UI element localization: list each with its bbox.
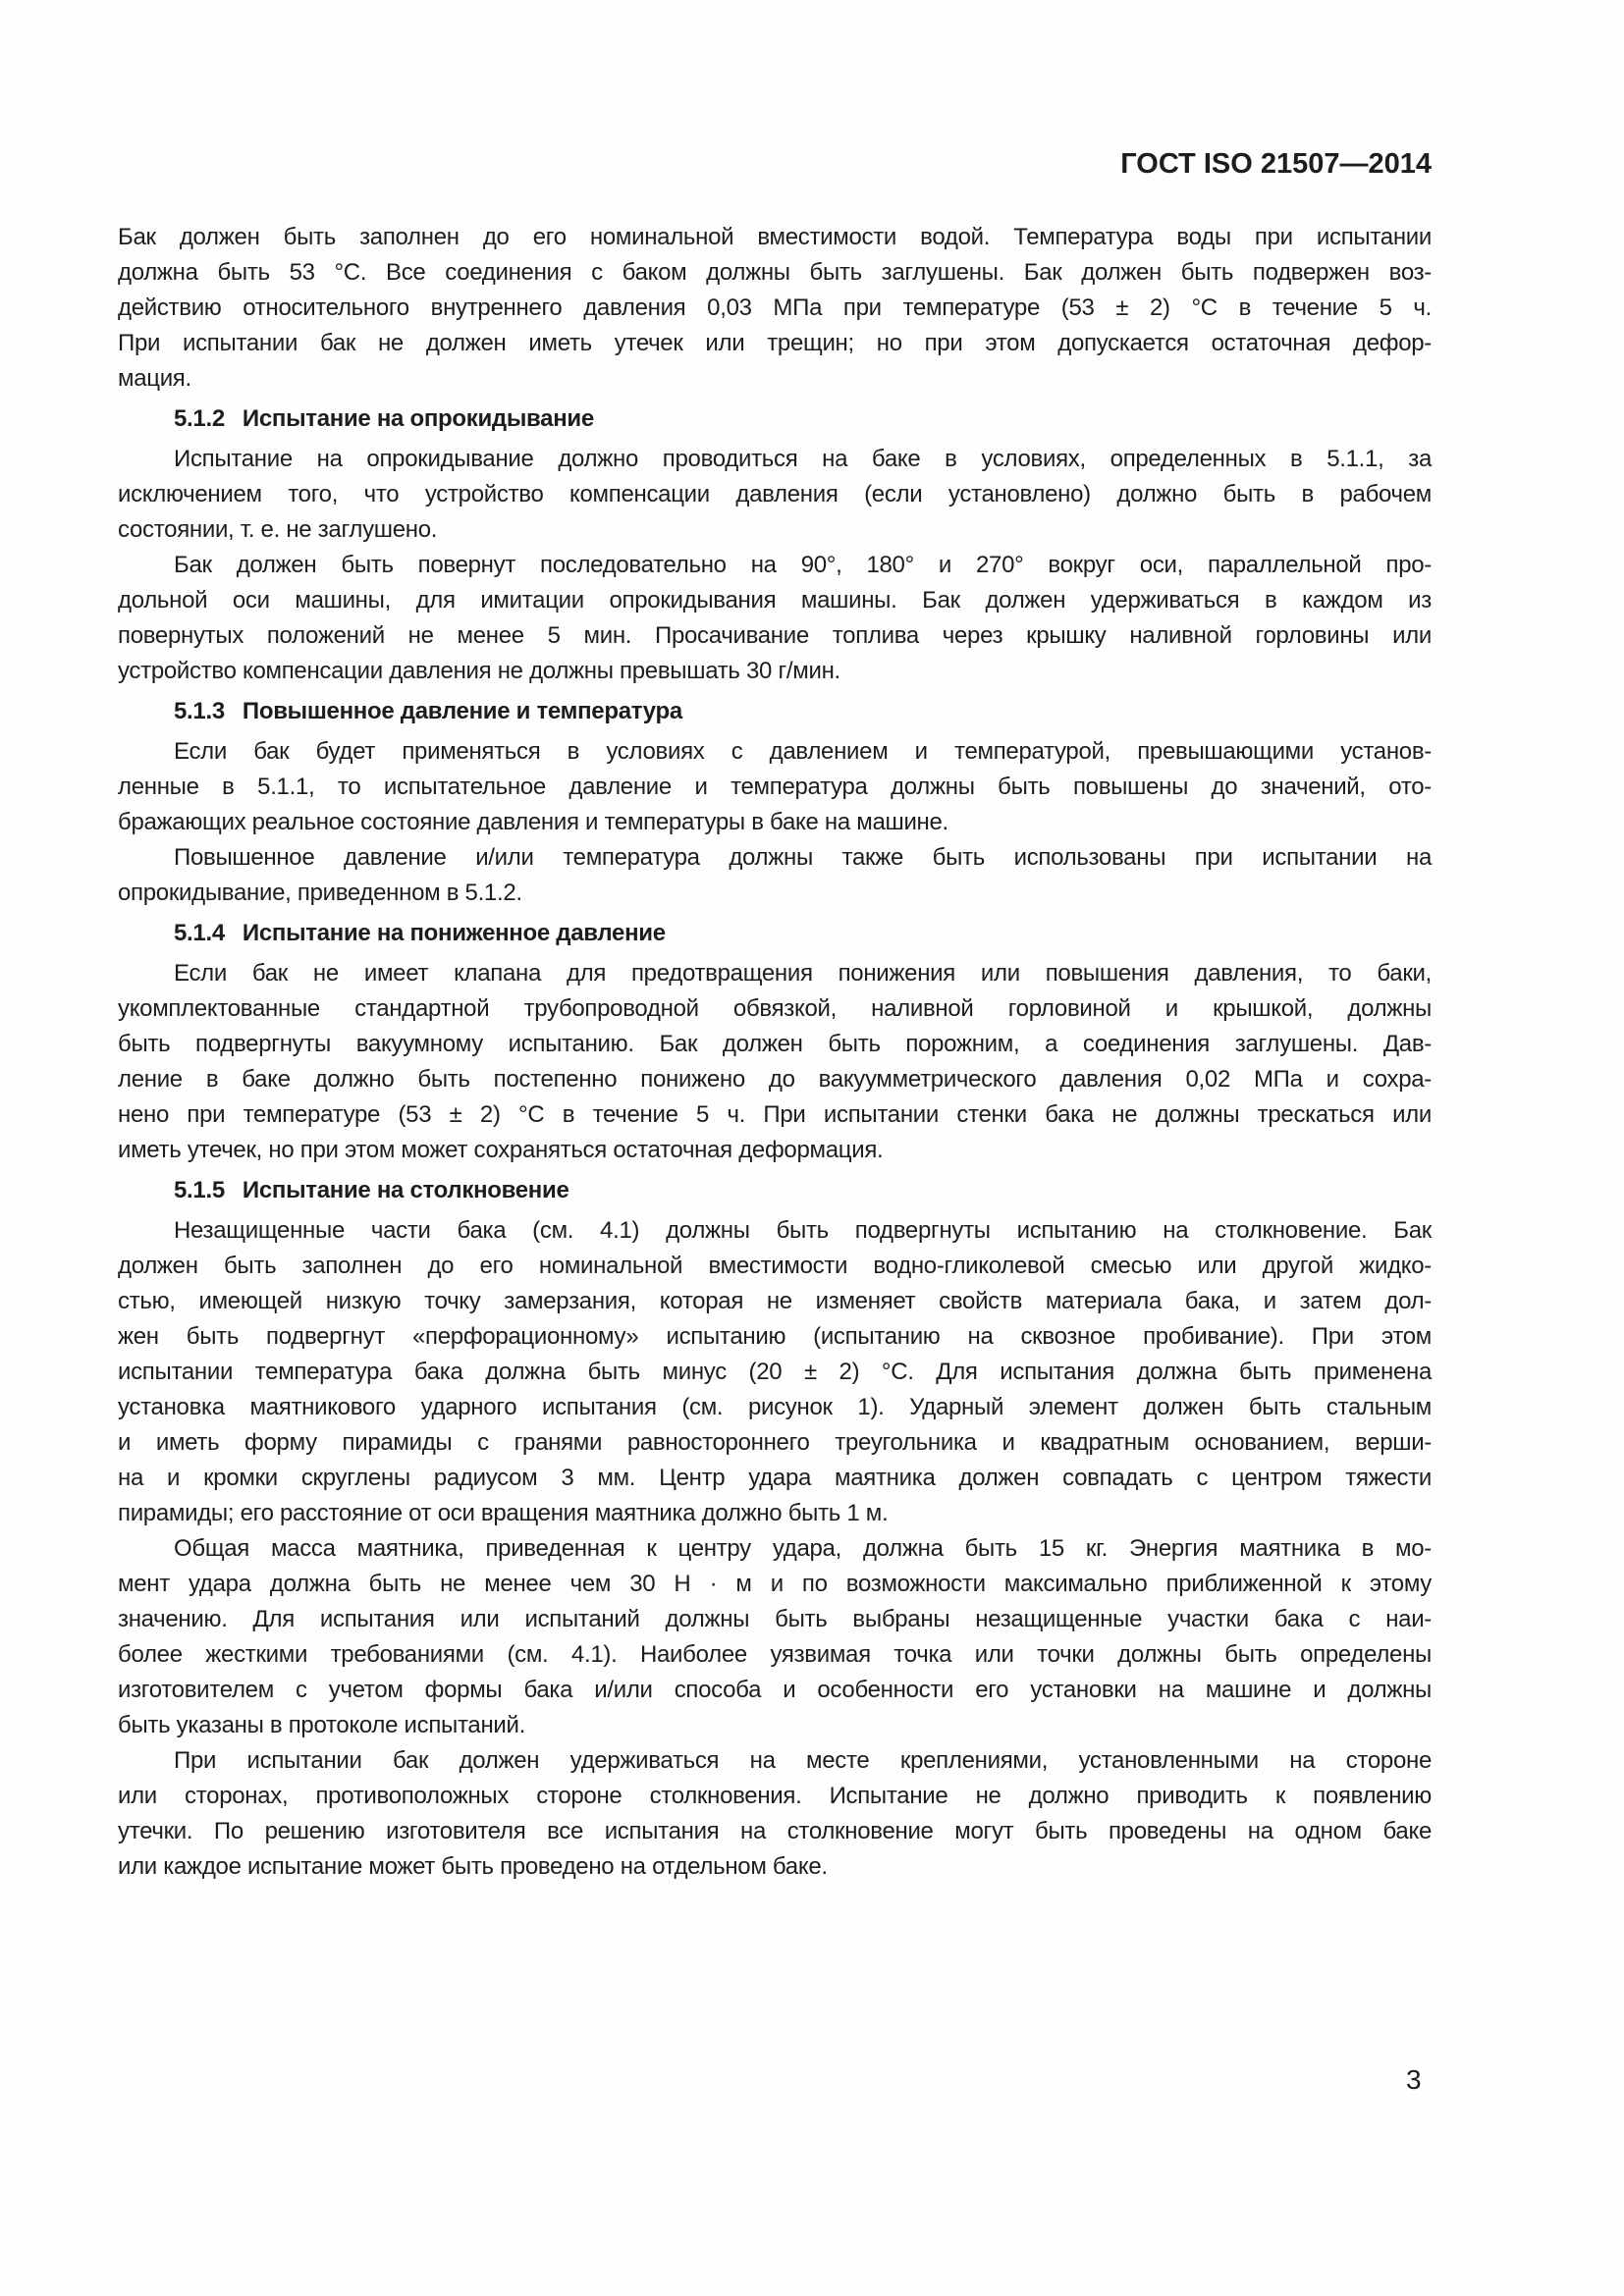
text-line: на и кромки скруглены радиусом 3 мм. Цен… [118, 1461, 1432, 1496]
text-line: мент удара должна быть не менее чем 30 Н… [118, 1567, 1432, 1602]
section-number: 5.1.3 [174, 698, 225, 724]
section-title: Повышенное давление и температура [243, 698, 682, 724]
section-number: 5.1.5 [174, 1177, 225, 1203]
section-heading: 5.1.3Повышенное давление и температура [118, 694, 1432, 729]
text-line: иметь утечек, но при этом может сохранят… [118, 1133, 1432, 1168]
section-number: 5.1.2 [174, 405, 225, 432]
text-line: стью, имеющей низкую точку замерзания, к… [118, 1284, 1432, 1319]
text-line: изготовителем с учетом формы бака и/или … [118, 1673, 1432, 1708]
section-heading: 5.1.4Испытание на пониженное давление [118, 916, 1432, 951]
running-header: ГОСТ ISO 21507—2014 [118, 147, 1432, 181]
text-line: укомплектованные стандартной трубопровод… [118, 991, 1432, 1027]
text-line: Бак должен быть повернут последовательно… [118, 548, 1432, 583]
text-line: ление в баке должно быть постепенно пони… [118, 1062, 1432, 1097]
text-line: опрокидывание, приведенном в 5.1.2. [118, 876, 1432, 911]
text-line: устройство компенсации давления не должн… [118, 654, 1432, 689]
text-line: должен быть заполнен до его номинальной … [118, 1249, 1432, 1284]
text-line: При испытании бак должен удерживаться на… [118, 1743, 1432, 1779]
section-heading: 5.1.2Испытание на опрокидывание [118, 401, 1432, 437]
page-number: 3 [1406, 2063, 1422, 2097]
section-title: Испытание на пониженное давление [243, 920, 666, 946]
text-line: утечки. По решению изготовителя все испы… [118, 1814, 1432, 1849]
text-line: быть подвергнуты вакуумному испытанию. Б… [118, 1027, 1432, 1062]
text-line: Незащищенные части бака (см. 4.1) должны… [118, 1213, 1432, 1249]
text-line: или каждое испытание может быть проведен… [118, 1849, 1432, 1885]
text-line: состоянии, т. е. не заглушено. [118, 512, 1432, 548]
text-line: дольной оси машины, для имитации опрокид… [118, 583, 1432, 618]
text-line: Если бак не имеет клапана для предотвращ… [118, 956, 1432, 991]
text-line: и иметь форму пирамиды с гранями равност… [118, 1425, 1432, 1461]
section-number: 5.1.4 [174, 920, 225, 946]
text-line: нено при температуре (53 ± 2) °С в течен… [118, 1097, 1432, 1133]
section-title: Испытание на опрокидывание [243, 405, 594, 432]
section-title: Испытание на столкновение [243, 1177, 569, 1203]
text-line: ленные в 5.1.1, то испытательное давлени… [118, 770, 1432, 805]
text-line: При испытании бак не должен иметь утечек… [118, 326, 1432, 361]
text-line: Испытание на опрокидывание должно провод… [118, 442, 1432, 477]
text-line: испытании температура бака должна быть м… [118, 1355, 1432, 1390]
text-line: должна быть 53 °С. Все соединения с бако… [118, 255, 1432, 291]
text-line: мация. [118, 361, 1432, 397]
text-line: значению. Для испытания или испытаний до… [118, 1602, 1432, 1637]
document-body: Бак должен быть заполнен до его номиналь… [118, 220, 1432, 1885]
text-line: Если бак будет применяться в условиях с … [118, 734, 1432, 770]
text-line: или сторонах, противоположных стороне ст… [118, 1779, 1432, 1814]
text-line: жен быть подвергнут «перфорационному» ис… [118, 1319, 1432, 1355]
text-line: быть указаны в протоколе испытаний. [118, 1708, 1432, 1743]
text-line: Бак должен быть заполнен до его номиналь… [118, 220, 1432, 255]
text-line: пирамиды; его расстояние от оси вращения… [118, 1496, 1432, 1531]
text-line: Повышенное давление и/или температура до… [118, 840, 1432, 876]
section-heading: 5.1.5Испытание на столкновение [118, 1173, 1432, 1208]
document-page: ГОСТ ISO 21507—2014 Бак должен быть запо… [0, 0, 1624, 2296]
text-line: исключением того, что устройство компенс… [118, 477, 1432, 512]
text-line: действию относительного внутреннего давл… [118, 291, 1432, 326]
text-line: Общая масса маятника, приведенная к цент… [118, 1531, 1432, 1567]
text-line: бражающих реальное состояние давления и … [118, 805, 1432, 840]
text-line: установка маятникового ударного испытани… [118, 1390, 1432, 1425]
text-line: более жесткими требованиями (см. 4.1). Н… [118, 1637, 1432, 1673]
text-line: повернутых положений не менее 5 мин. Про… [118, 618, 1432, 654]
